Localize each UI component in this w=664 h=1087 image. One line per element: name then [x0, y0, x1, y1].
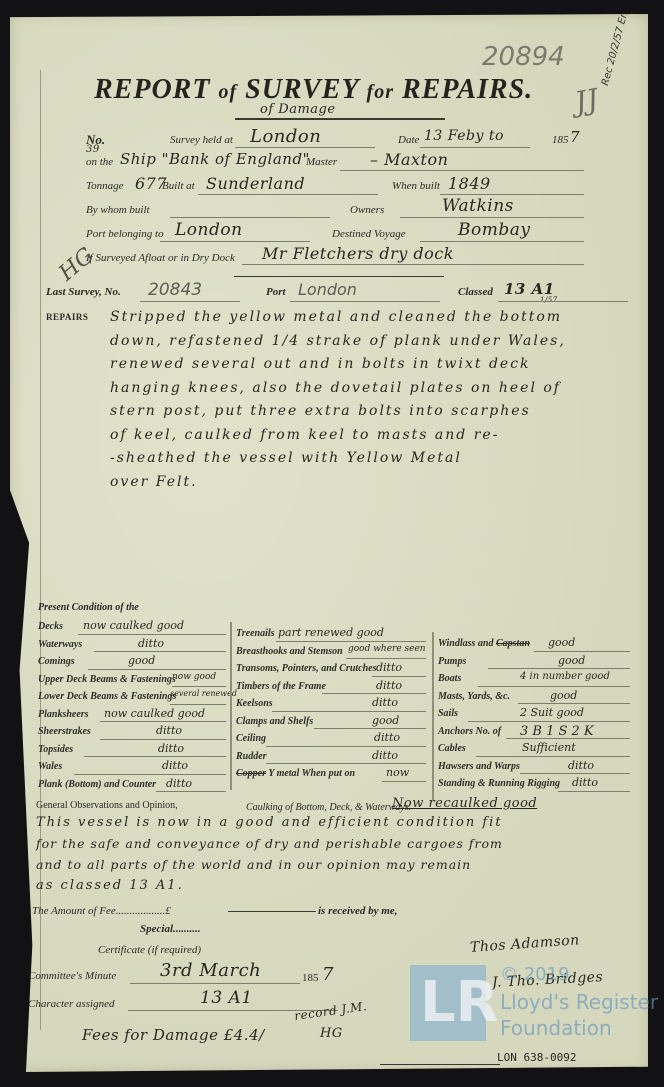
- fee-amount-label: The Amount of Fee..................£: [32, 905, 171, 917]
- repairs-text: Stripped the yellow metal and cleaned th…: [110, 306, 566, 494]
- master-label: Master: [306, 156, 337, 168]
- initials-left: HG: [54, 243, 99, 286]
- observations-line: as classed 13 A1.: [36, 875, 503, 896]
- owners-label: Owners: [350, 204, 384, 216]
- condition-column-3: Windlass and Capstangood Pumpsgood Boats…: [438, 636, 630, 794]
- minute-value: 3rd March: [160, 960, 261, 981]
- subtitle: of Damage: [260, 102, 336, 117]
- repairs-line: Stripped the yellow metal and cleaned th…: [110, 306, 566, 330]
- owners-value: Watkins: [442, 196, 514, 216]
- condition-row: Breasthooks and Stemsongood where seen: [236, 644, 426, 662]
- fee-received-label: is received by me,: [318, 905, 397, 917]
- observations-line: and to all parts of the world and in our…: [36, 854, 503, 875]
- observations-line: This vessel is now in a good and efficie…: [36, 812, 503, 833]
- built-at-value: Sunderland: [206, 174, 305, 193]
- repairs-line: renewed several out and in bolts in twix…: [110, 353, 566, 377]
- last-survey-port-label: Port: [266, 286, 286, 298]
- condition-row: Walesditto: [38, 759, 226, 777]
- condition-row: Lower Deck Beams & Fasteningsseveral ren…: [38, 689, 226, 707]
- condition-heading: Present Condition of the: [38, 602, 139, 613]
- port-value: London: [175, 220, 243, 240]
- by-whom-label: By whom built: [86, 204, 150, 216]
- watermark-line1: Lloyd's Register: [500, 990, 658, 1014]
- condition-column-2: Treenailspart renewed good Breasthooks a…: [236, 626, 426, 784]
- condition-row: Windlass and Capstangood: [438, 636, 630, 654]
- repairs-line: of keel, caulked from keel to masts and …: [110, 424, 566, 448]
- when-built-value: 1849: [448, 174, 491, 193]
- side-note: Rec 20/2/57 Entd: [600, 1, 633, 87]
- watermark-copyright: © 2019: [500, 964, 570, 985]
- observations-line: for the safe and conveyance of dry and p…: [36, 833, 503, 854]
- condition-row: Decksnow caulked good: [38, 619, 226, 637]
- condition-row: Hawsers and Warpsditto: [438, 759, 630, 777]
- year-label: 185: [552, 134, 569, 146]
- when-built-label: When built: [392, 180, 440, 192]
- column-divider: [230, 622, 232, 790]
- condition-row: Treenailspart renewed good: [236, 626, 426, 644]
- lloyds-register-logo: LR: [410, 965, 486, 1041]
- title-for: for: [367, 81, 394, 103]
- condition-row: Topsidesditto: [38, 742, 226, 760]
- voyage-value: Bombay: [458, 220, 530, 240]
- repairs-label: REPAIRS: [46, 312, 88, 322]
- port-label: Port belonging to: [86, 228, 164, 240]
- condition-row: Sheerstrakesditto: [38, 724, 226, 742]
- dock-label: If Surveyed Afloat or in Dry Dock: [86, 252, 235, 264]
- condition-row: Pumpsgood: [438, 654, 630, 672]
- archive-number: 20894: [482, 42, 565, 72]
- reference-number: LON 638-0092: [497, 1051, 576, 1064]
- condition-column-1: Decksnow caulked good Waterwaysditto Com…: [38, 619, 226, 794]
- built-at-label: Built at: [162, 180, 195, 192]
- condition-row: Upper Deck Beams & Fasteningsnow good: [38, 672, 226, 690]
- condition-row: Clamps and Shelfsgood: [236, 714, 426, 732]
- repairs-line: hanging knees, also the dovetail plates …: [110, 377, 566, 401]
- character-value: 13 A1: [200, 988, 253, 1008]
- condition-row: Timbers of the Frameditto: [236, 679, 426, 697]
- minute-year-value: 7: [322, 964, 334, 985]
- tonnage-label: Tonnage: [86, 180, 124, 192]
- certificate-label: Certificate (if required): [98, 944, 201, 956]
- last-survey-port-value: London: [298, 280, 357, 299]
- condition-row: Rudderditto: [236, 749, 426, 767]
- classed-label: Classed: [458, 286, 493, 298]
- special-label: Special..........: [140, 923, 201, 935]
- condition-row: Copper Y metal When put onnow: [236, 766, 426, 784]
- condition-row: Keelsonsditto: [236, 696, 426, 714]
- repairs-line: down, refastened 1/4 strake of plank und…: [110, 330, 566, 354]
- title-survey: SURVEY: [245, 74, 358, 105]
- damage-fee-note: Fees for Damage £4.4/: [82, 1026, 265, 1044]
- survey-report-page: 20894 Rec 20/2/57 Entd JJ REPORT of SURV…: [10, 14, 648, 1072]
- signature-adamson: Thos Adamson: [470, 932, 581, 956]
- no-value: 39: [86, 144, 100, 155]
- repairs-line: over Felt.: [110, 471, 566, 495]
- date-value: 13 Feby to: [424, 128, 504, 144]
- column-divider: [432, 632, 434, 800]
- condition-row: Sails2 Suit good: [438, 706, 630, 724]
- title-report: REPORT: [94, 74, 210, 105]
- condition-row: Comingsgood: [38, 654, 226, 672]
- lr-logo-icon: LR: [420, 969, 499, 1037]
- condition-row: Planksheersnow caulked good: [38, 707, 226, 725]
- date-label: Date: [398, 134, 419, 146]
- character-label: Character assigned: [28, 998, 114, 1010]
- condition-row: Anchors No. of3 B 1 S 2 K: [438, 724, 630, 742]
- voyage-label: Destined Voyage: [332, 228, 406, 240]
- initials-top: JJ: [572, 82, 601, 119]
- title-of: of: [218, 81, 237, 103]
- repairs-line: stern post, put three extra bolts into s…: [110, 400, 566, 424]
- survey-held-value: London: [250, 126, 321, 147]
- condition-row: Transoms, Pointers, and Crutchesditto: [236, 661, 426, 679]
- repairs-line: -sheathed the vessel with Yellow Metal: [110, 447, 566, 471]
- condition-row: Waterwaysditto: [38, 637, 226, 655]
- condition-row: Masts, Yards, &c.good: [438, 689, 630, 707]
- watermark-line2: Foundation: [500, 1016, 612, 1040]
- condition-row: Ceilingditto: [236, 731, 426, 749]
- on-the-label: on the: [86, 156, 113, 168]
- condition-row: CablesSufficient: [438, 741, 630, 759]
- condition-row: Boats4 in number good: [438, 671, 630, 689]
- ship-value: Ship "Bank of England": [120, 150, 310, 168]
- observations-text: This vessel is now in a good and efficie…: [36, 812, 503, 896]
- year-value: 7: [570, 128, 580, 146]
- condition-row: Plank (Bottom) and Counterditto: [38, 777, 226, 795]
- dock-value: Mr Fletchers dry dock: [262, 244, 454, 263]
- survey-held-label: Survey held at: [170, 134, 233, 146]
- title-repairs: REPAIRS.: [402, 74, 533, 105]
- classed-note: 1/57: [540, 296, 558, 304]
- last-survey-label: Last Survey, No.: [46, 286, 121, 298]
- damage-initials: HG: [320, 1026, 343, 1041]
- minute-label: Committee's Minute: [28, 970, 116, 982]
- last-survey-number: 20843: [148, 280, 202, 300]
- caulking-value: Now recaulked good: [392, 796, 537, 811]
- record-note: record J.M.: [293, 999, 368, 1023]
- observations-label: General Observations and Opinion,: [36, 800, 178, 811]
- master-value: – Maxton: [370, 150, 448, 169]
- minute-year-label: 185: [302, 972, 319, 984]
- condition-row: Standing & Running Riggingditto: [438, 776, 630, 794]
